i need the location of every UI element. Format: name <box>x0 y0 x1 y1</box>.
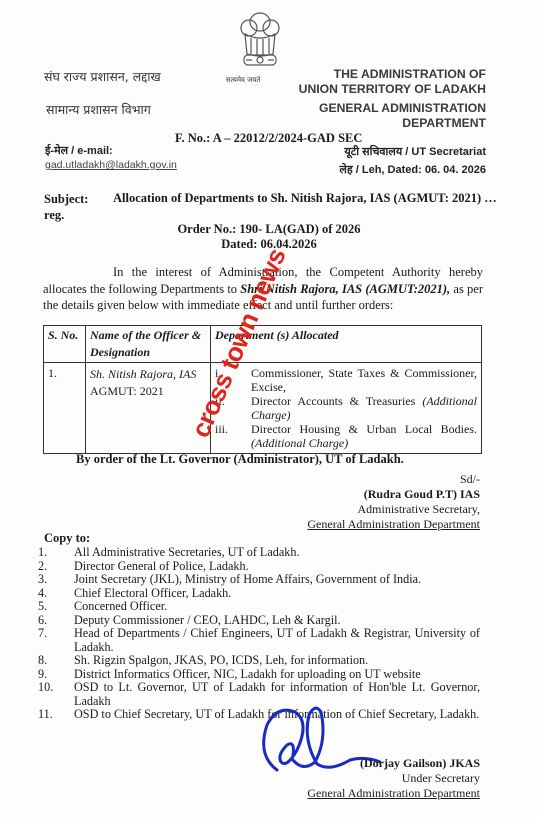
department-note: (Additional Charge) <box>251 436 348 450</box>
subject-label-cont: reg. <box>44 207 88 223</box>
copy-to-text: Joint Secretary (JKL), Ministry of Home … <box>74 573 480 587</box>
copy-to-number: 11. <box>38 708 74 722</box>
administration-line-1: THE ADMINISTRATION OF <box>299 67 486 82</box>
table-header-row: S. No. Name of the Officer & Designation… <box>44 326 482 363</box>
sd-mark: Sd/- <box>307 472 480 487</box>
emblem-motto: सत्यमेव जयते <box>226 76 260 85</box>
copy-to-number: 8. <box>38 654 74 668</box>
cell-officer: Sh. Nitish Rajora, IAS AGMUT: 2021 <box>86 363 211 454</box>
department-item: ii. Director Accounts & Treasuries (Addi… <box>215 394 477 422</box>
subject-label-text: Subject: <box>44 191 88 207</box>
signatory-department: General Administration Department <box>307 786 480 801</box>
signatory-department: General Administration Department <box>307 517 480 532</box>
signatory-block-2: (Dorjay Gailson) JKAS Under Secretary Ge… <box>307 756 480 801</box>
administration-title: THE ADMINISTRATION OF UNION TERRITORY OF… <box>299 67 486 97</box>
signatory-block-1: Sd/- (Rudra Goud P.T) IAS Administrative… <box>307 472 480 532</box>
department-name: Director Housing & Urban Local Bodies. <box>251 422 477 436</box>
copy-to-item: 1.All Administrative Secretaries, UT of … <box>38 546 480 560</box>
copy-to-number: 9. <box>38 668 74 682</box>
officer-batch: AGMUT: 2021 <box>90 383 206 400</box>
copy-to-number: 10. <box>38 681 74 708</box>
signatory-designation: Under Secretary <box>307 771 480 786</box>
department-name: Commissioner, State Taxes & Commissioner… <box>251 366 477 394</box>
copy-to-item: 8.Sh. Rigzin Spalgon, JKAS, PO, ICDS, Le… <box>38 654 480 668</box>
header-officer: Name of the Officer & Designation <box>86 326 211 363</box>
department-item: i. Commissioner, State Taxes & Commissio… <box>215 366 477 394</box>
copy-to-text: Head of Departments / Chief Engineers, U… <box>74 627 480 654</box>
copy-to-number: 5. <box>38 600 74 614</box>
department-name: Director Accounts & Treasuries <box>251 394 422 408</box>
authority-line: By order of the Lt. Governor (Administra… <box>76 452 404 467</box>
department-text: Director Accounts & Treasuries (Addition… <box>251 394 477 422</box>
table-row: 1. Sh. Nitish Rajora, IAS AGMUT: 2021 i.… <box>44 363 482 454</box>
copy-to-text: All Administrative Secretaries, UT of La… <box>74 546 480 560</box>
copy-to-text: Concerned Officer. <box>74 600 480 614</box>
copy-to-text: Deputy Commissioner / CEO, LAHDC, Leh & … <box>74 614 480 628</box>
header-sno: S. No. <box>44 326 86 363</box>
copy-to-item: 3.Joint Secretary (JKL), Ministry of Hom… <box>38 573 480 587</box>
department-line-1: GENERAL ADMINISTRATION <box>319 101 486 116</box>
copy-to-list: 1.All Administrative Secretaries, UT of … <box>38 546 480 722</box>
allocation-table: S. No. Name of the Officer & Designation… <box>43 325 482 454</box>
email-label: ई-मेल / e-mail: <box>45 143 113 158</box>
copy-to-text: District Informatics Officer, NIC, Ladak… <box>74 668 480 682</box>
copy-to-item: 4.Chief Electoral Officer, Ladakh. <box>38 587 480 601</box>
copy-to-number: 3. <box>38 573 74 587</box>
copy-to-item: 7.Head of Departments / Chief Engineers,… <box>38 627 480 654</box>
hindi-administration-title: संघ राज्य प्रशासन, लद्दाख <box>44 68 161 85</box>
department-item: iii. Director Housing & Urban Local Bodi… <box>215 422 477 450</box>
copy-to-text: Sh. Rigzin Spalgon, JKAS, PO, ICDS, Leh,… <box>74 654 480 668</box>
copy-to-number: 6. <box>38 614 74 628</box>
hindi-department-title: सामान्य प्रशासन विभाग <box>46 101 151 118</box>
order-number: Order No.: 190- LA(GAD) of 2026 <box>0 222 538 237</box>
signatory-name: (Dorjay Gailson) JKAS <box>307 756 480 771</box>
officer-name: Sh. Nitish Rajora, IAS <box>90 366 206 383</box>
cell-departments: i. Commissioner, State Taxes & Commissio… <box>211 363 482 454</box>
secretariat-label: यूटी सचिवालय / UT Secretariat <box>344 144 486 159</box>
subject-label: Subject: reg. <box>44 191 88 223</box>
subject-text: Allocation of Departments to Sh. Nitish … <box>113 191 497 206</box>
copy-to-item: 5.Concerned Officer. <box>38 600 480 614</box>
cell-sno: 1. <box>44 363 86 454</box>
place-date: लेह / Leh, Dated: 06. 04. 2026 <box>339 162 486 177</box>
administration-line-2: UNION TERRITORY OF LADAKH <box>299 82 486 97</box>
signatory-designation: Administrative Secretary, <box>307 502 480 517</box>
department-number: iii. <box>215 422 251 450</box>
copy-to-number: 4. <box>38 587 74 601</box>
copy-to-text: Director General of Police, Ladakh. <box>74 560 480 574</box>
copy-to-item: 6.Deputy Commissioner / CEO, LAHDC, Leh … <box>38 614 480 628</box>
copy-to-item: 2.Director General of Police, Ladakh. <box>38 560 480 574</box>
copy-to-item: 9.District Informatics Officer, NIC, Lad… <box>38 668 480 682</box>
email-link[interactable]: gad.utladakh@ladakh.gov.in <box>45 159 177 171</box>
department-line-2: DEPARTMENT <box>319 116 486 131</box>
copy-to-number: 7. <box>38 627 74 654</box>
order-document: सत्यमेव जयते संघ राज्य प्रशासन, लद्दाख स… <box>0 0 538 817</box>
copy-to-heading: Copy to: <box>44 531 90 546</box>
copy-to-number: 2. <box>38 560 74 574</box>
signatory-name: (Rudra Goud P.T) IAS <box>307 487 480 502</box>
department-text: Director Housing & Urban Local Bodies. (… <box>251 422 477 450</box>
copy-to-text: Chief Electoral Officer, Ladakh. <box>74 587 480 601</box>
department-text: Commissioner, State Taxes & Commissioner… <box>251 366 477 394</box>
file-number: F. No.: A – 22012/2/2024-GAD SEC <box>175 131 362 146</box>
copy-to-number: 1. <box>38 546 74 560</box>
department-title: GENERAL ADMINISTRATION DEPARTMENT <box>319 101 486 131</box>
